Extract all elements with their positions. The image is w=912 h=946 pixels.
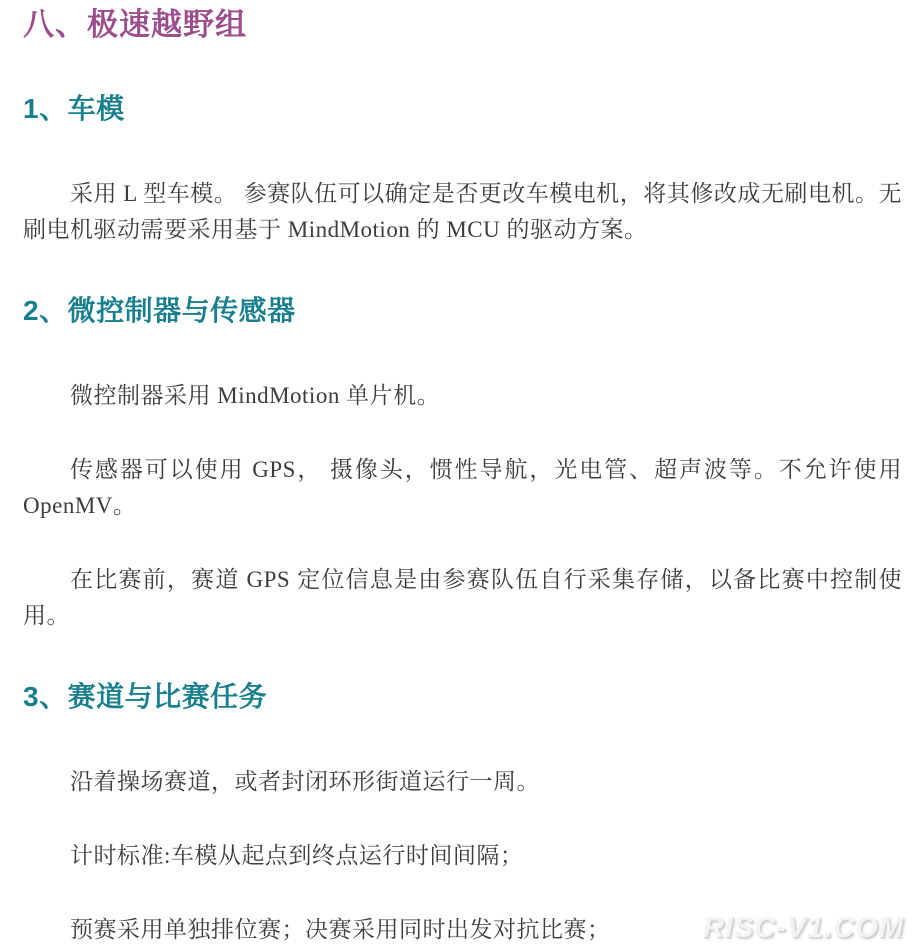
paragraph-mcu: 微控制器采用 MindMotion 单片机。 [23, 378, 902, 414]
paragraph-car-model: 采用 L 型车模。 参赛队伍可以确定是否更改车模电机，将其修改成无刷电机。无刷电… [23, 176, 902, 248]
paragraph-sensors: 传感器可以使用 GPS， 摄像头，惯性导航，光电管、超声波等。不允许使用 Ope… [23, 452, 902, 524]
paragraph-track: 沿着操场赛道，或者封闭环形街道运行一周。 [23, 764, 902, 800]
paragraph-gps-data: 在比赛前，赛道 GPS 定位信息是由参赛队伍自行采集存储，以备比赛中控制使用。 [23, 562, 902, 634]
section-heading-mcu-sensors: 2、微控制器与传感器 [23, 292, 902, 340]
paragraph-timing: 计时标准:车模从起点到终点运行时间间隔； [23, 838, 902, 874]
section-heading-track-tasks: 3、赛道与比赛任务 [23, 678, 902, 726]
document-page: 八、极速越野组 1、车模 采用 L 型车模。 参赛队伍可以确定是否更改车模电机，… [0, 4, 912, 946]
page-title: 八、极速越野组 [23, 4, 902, 46]
watermark-risc-v1: RISC-V1.COM [703, 912, 904, 945]
section-heading-car-model: 1、车模 [23, 90, 902, 138]
